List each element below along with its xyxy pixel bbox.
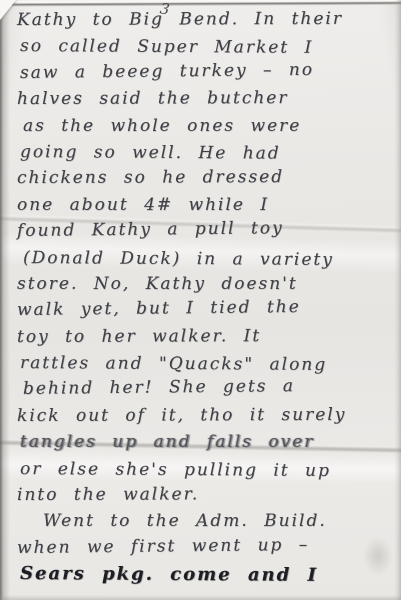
- letter-line: saw a beeeg turkey – no: [17, 56, 397, 86]
- letter-lines: Kathy to Big Bend. In theirso called Sup…: [17, 7, 397, 588]
- corner-fold: [0, 0, 16, 20]
- letter-line: behind her! She gets a: [17, 372, 397, 402]
- paper-bottom-edge: [0, 595, 401, 600]
- letter-line: (Donald Duck) in a variety: [20, 245, 400, 274]
- letter-line: Kathy to Big Bend. In their: [17, 6, 397, 34]
- letter-line: tangles up and falls over: [17, 429, 397, 455]
- paper-left-edge: [0, 0, 10, 600]
- letter-line: when we first went up –: [17, 531, 397, 561]
- letter-line: kick out of it, tho it surely: [17, 402, 397, 430]
- letter-line: chickens so he dressed: [17, 164, 397, 192]
- letter-line: halves said the butcher: [17, 85, 397, 113]
- letter-line: into the walker.: [17, 481, 397, 509]
- letter-line: as the whole ones were: [17, 113, 397, 139]
- letter-line: found Kathy a pull toy: [17, 214, 397, 244]
- letter-line: toy to her walker. It: [17, 322, 397, 350]
- letter-line: walk yet, but I tied the: [17, 293, 397, 323]
- scanned-letter-page: 3 Kathy to Big Bend. In theirso called S…: [0, 0, 401, 600]
- letter-line: Sears pkg. come and I: [20, 561, 400, 590]
